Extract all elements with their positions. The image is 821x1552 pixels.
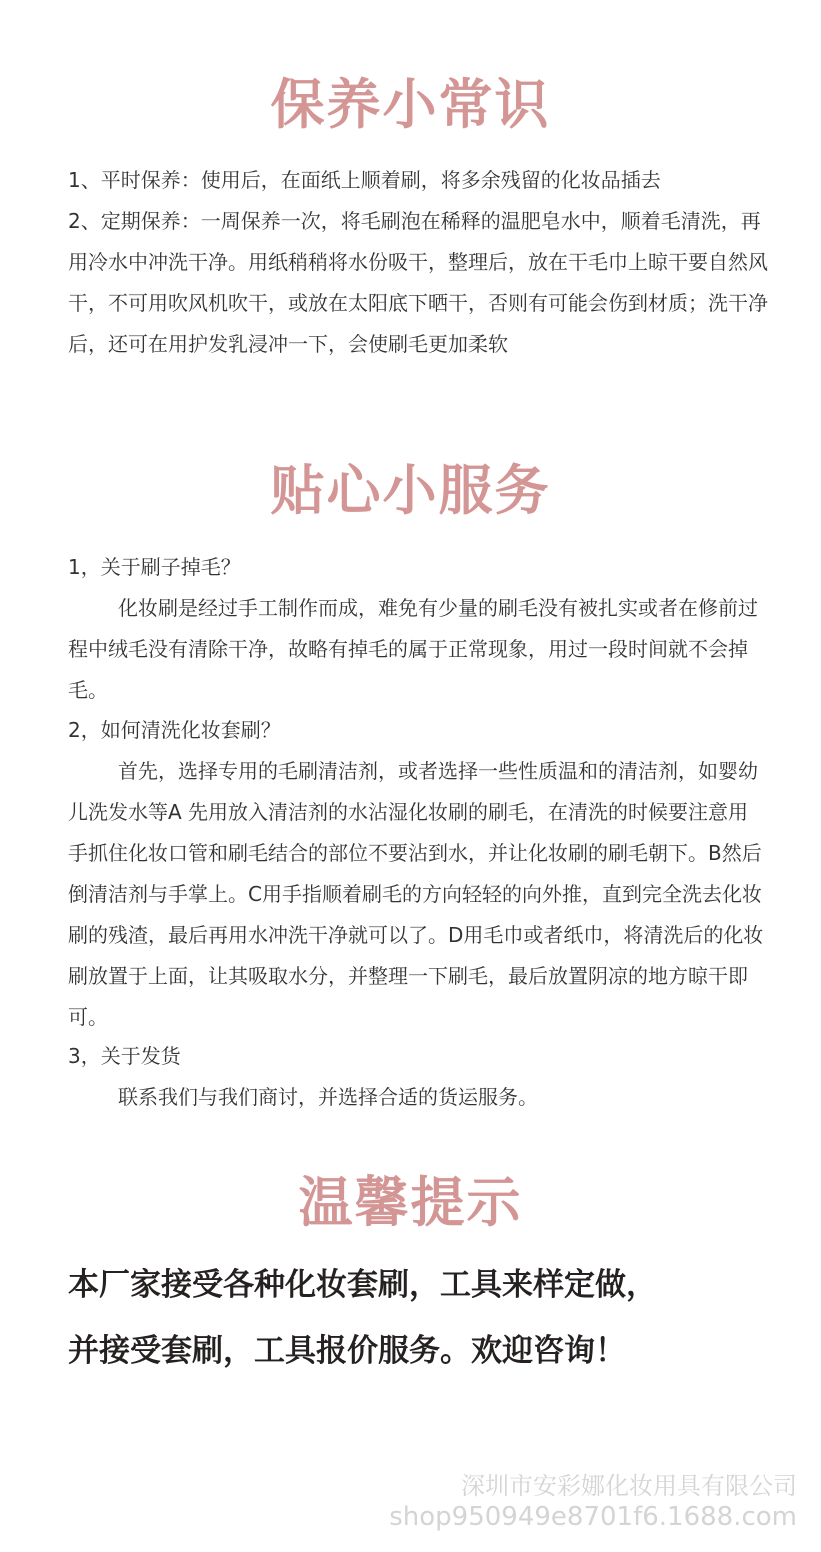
care-item-1: 1、平时保养：使用后，在面纸上顺着刷，将多余残留的化妆品插去	[68, 160, 768, 201]
service-q1: 1，关于刷子掉毛？	[68, 547, 768, 588]
watermark-url: shop950949e8701f6.1688.com	[389, 1502, 797, 1532]
care-title: 保养小常识	[0, 62, 821, 139]
service-q3: 3，关于发货	[68, 1036, 768, 1077]
watermark-company: 深圳市安彩娜化妆用具有限公司	[461, 1466, 797, 1501]
service-q2: 2，如何清洗化妆套刷？	[68, 710, 768, 751]
tips-line-2: 并接受套刷，工具报价服务。欢迎咨询！	[68, 1318, 788, 1384]
tips-line-1: 本厂家接受各种化妆套刷，工具来样定做，	[68, 1252, 788, 1318]
tips-title: 温馨提示	[0, 1160, 821, 1237]
care-item-2: 2、定期保养：一周保养一次，将毛刷泡在稀释的温肥皂水中，顺着毛清洗，再用冷水中冲…	[68, 201, 768, 365]
service-a1: 化妆刷是经过手工制作而成，难免有少量的刷毛没有被扎实或者在修前过程中绒毛没有清除…	[68, 588, 768, 711]
service-a3: 联系我们与我们商讨，并选择合适的货运服务。	[68, 1077, 768, 1118]
service-a2: 首先，选择专用的毛刷清洁剂，或者选择一些性质温和的清洁剂，如婴幼儿洗发水等A 先…	[68, 751, 768, 1038]
service-title: 贴心小服务	[0, 448, 821, 525]
